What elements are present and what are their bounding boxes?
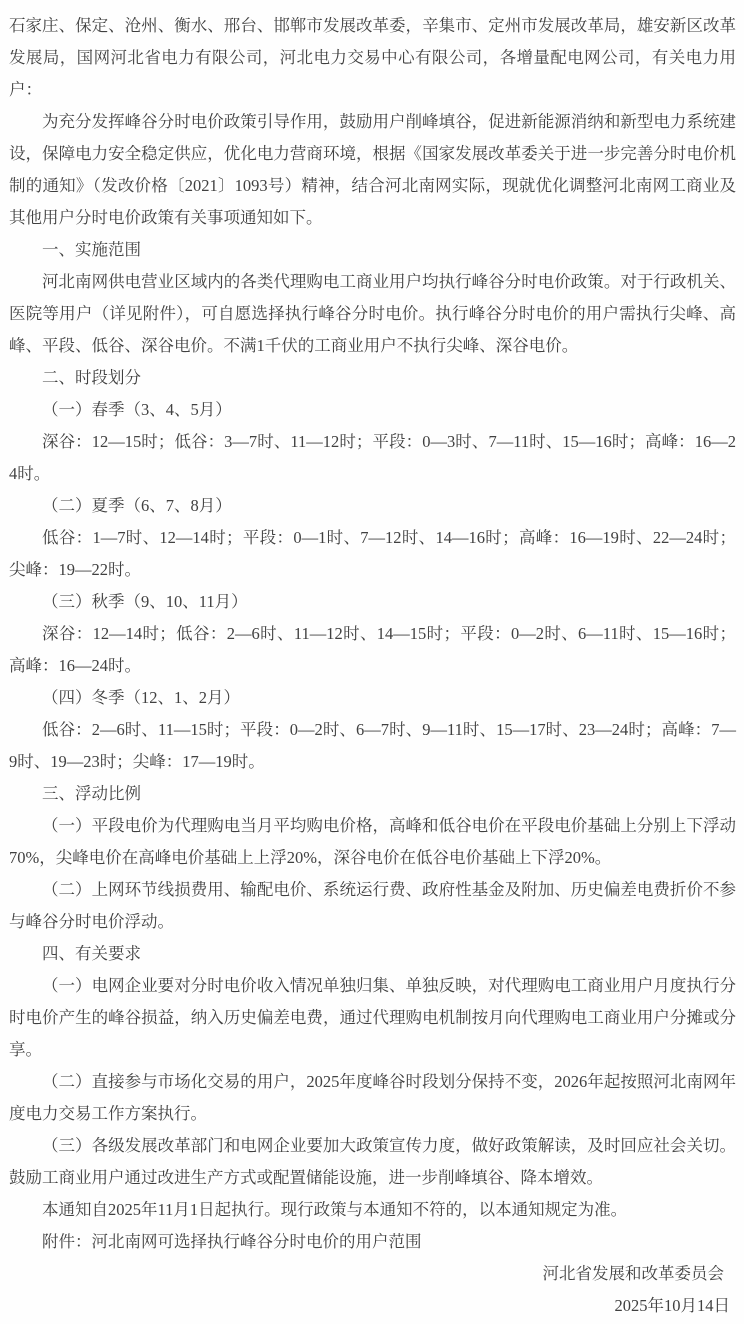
section-1-body: 河北南网供电营业区域内的各类代理购电工商业用户均执行峰谷分时电价政策。对于行政机… [9,266,736,362]
section-1-heading: 一、实施范围 [9,234,736,266]
attachment-line: 附件：河北南网可选择执行峰谷分时电价的用户范围 [9,1226,736,1258]
section-4-item-1: （一）电网企业要对分时电价收入情况单独归集、单独反映，对代理购电工商业用户月度执… [9,970,736,1066]
issuer-signature: 河北省发展和改革委员会 [9,1258,736,1290]
effective-date-paragraph: 本通知自2025年11月1日起执行。现行政策与本通知不符的，以本通知规定为准。 [9,1194,736,1226]
section-3-item-2: （二）上网环节线损费用、输配电价、系统运行费、政府性基金及附加、历史偏差电费折价… [9,874,736,938]
winter-season-heading: （四）冬季（12、1、2月） [9,682,736,714]
section-3-heading: 三、浮动比例 [9,778,736,810]
section-4-item-2: （二）直接参与市场化交易的用户，2025年度峰谷时段划分保持不变，2026年起按… [9,1066,736,1130]
section-4-heading: 四、有关要求 [9,938,736,970]
autumn-season-times: 深谷：12—14时；低谷：2—6时、11—12时、14—15时；平段：0—2时、… [9,618,736,682]
notice-document: 石家庄、保定、沧州、衡水、邢台、邯郸市发展改革委，辛集市、定州市发展改革局，雄安… [0,0,744,1322]
winter-season-times: 低谷：2—6时、11—15时；平段：0—2时、6—7时、9—11时、15—17时… [9,714,736,778]
summer-season-times: 低谷：1—7时、12—14时；平段：0—1时、7—12时、14—16时；高峰：1… [9,522,736,586]
recipients-line: 石家庄、保定、沧州、衡水、邢台、邯郸市发展改革委，辛集市、定州市发展改革局，雄安… [9,10,736,106]
issue-date: 2025年10月14日 [9,1290,736,1322]
section-3-item-1: （一）平段电价为代理购电当月平均购电价格，高峰和低谷电价在平段电价基础上分别上下… [9,810,736,874]
spring-season-heading: （一）春季（3、4、5月） [9,394,736,426]
spring-season-times: 深谷：12—15时；低谷：3—7时、11—12时；平段：0—3时、7—11时、1… [9,426,736,490]
summer-season-heading: （二）夏季（6、7、8月） [9,490,736,522]
autumn-season-heading: （三）秋季（9、10、11月） [9,586,736,618]
section-4-item-3: （三）各级发展改革部门和电网企业要加大政策宣传力度，做好政策解读，及时回应社会关… [9,1130,736,1194]
section-2-heading: 二、时段划分 [9,362,736,394]
intro-paragraph: 为充分发挥峰谷分时电价政策引导作用，鼓励用户削峰填谷，促进新能源消纳和新型电力系… [9,106,736,234]
